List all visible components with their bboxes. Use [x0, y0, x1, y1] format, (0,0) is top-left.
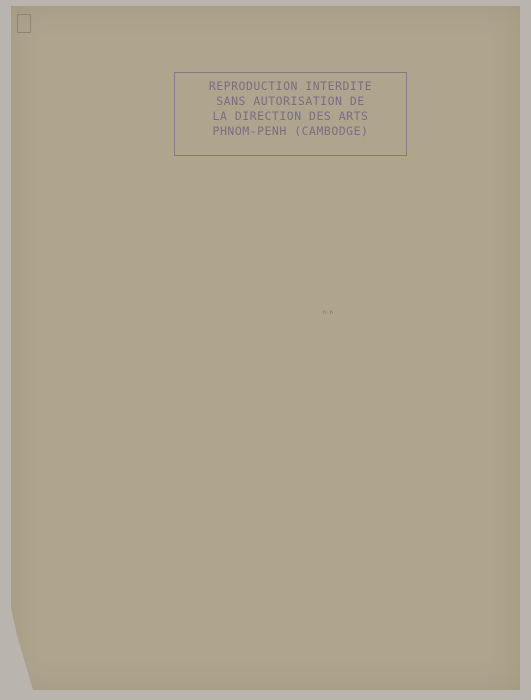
corner-mark [17, 14, 31, 33]
stamp-line: SANS AUTORISATION DE [175, 94, 406, 109]
stamp-line: LA DIRECTION DES ARTS [175, 109, 406, 124]
photo-card-back: REPRODUCTION INTERDITE SANS AUTORISATION… [11, 6, 520, 690]
pencil-mark: ʰ ʰ [323, 310, 333, 320]
stamp-line: PHNOM-PENH (CAMBODGE) [175, 124, 406, 139]
stamp-line: REPRODUCTION INTERDITE [175, 79, 406, 94]
rights-stamp: REPRODUCTION INTERDITE SANS AUTORISATION… [174, 72, 407, 156]
